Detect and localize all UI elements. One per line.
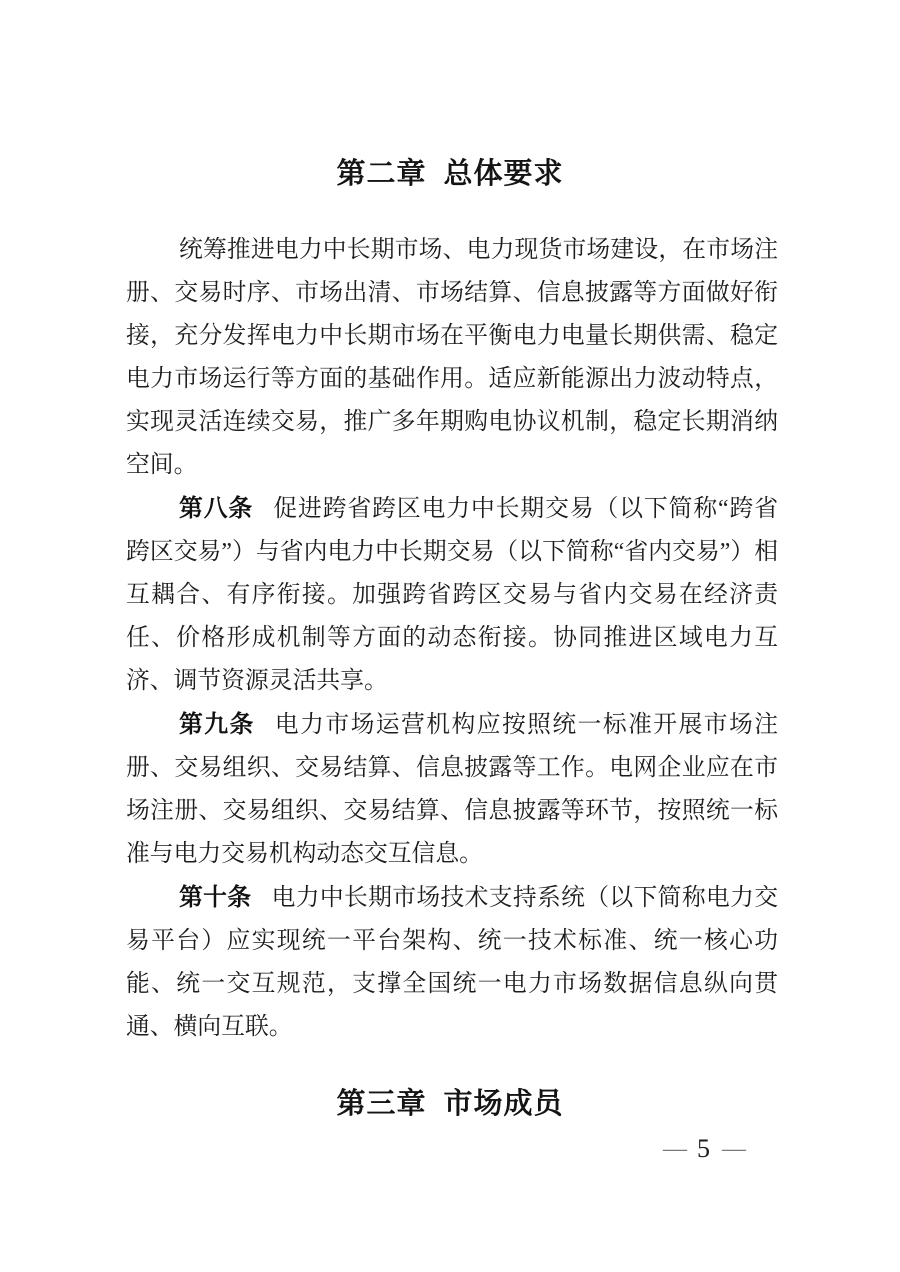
paragraph-article-8: 第八条促进跨省跨区电力中长期交易（以下简称“跨省跨区交易”）与省内电力中长期交易… <box>126 487 778 703</box>
paragraph-article-9: 第九条电力市场运营机构应按照统一标准开展市场注册、交易组织、交易结算、信息披露等… <box>126 703 778 876</box>
paragraph-intro: 统筹推进电力中长期市场、电力现货市场建设，在市场注册、交易时序、市场出清、市场结… <box>126 229 778 487</box>
article-10-number: 第十条 <box>179 884 251 911</box>
page-number-dash-right: — <box>722 1133 744 1165</box>
page-number-dash-left: — <box>663 1133 685 1165</box>
article-8-number: 第八条 <box>179 495 253 522</box>
article-9-number: 第九条 <box>179 711 255 738</box>
chapter-2-heading: 第二章 总体要求 <box>0 151 900 192</box>
page-number: — 5 — <box>663 1133 744 1165</box>
paragraph-text: 促进跨省跨区电力中长期交易（以下简称“跨省跨区交易”）与省内电力中长期交易（以下… <box>126 496 778 694</box>
page-number-value: 5 <box>697 1133 710 1165</box>
paragraph-article-10: 第十条电力中长期市场技术支持系统（以下简称电力交易平台）应实现统一平台架构、统一… <box>126 876 778 1049</box>
document-body: 统筹推进电力中长期市场、电力现货市场建设，在市场注册、交易时序、市场出清、市场结… <box>126 229 778 1049</box>
document-page: 第二章 总体要求 统筹推进电力中长期市场、电力现货市场建设，在市场注册、交易时序… <box>0 0 900 1272</box>
chapter-3-heading: 第三章 市场成员 <box>0 1081 900 1122</box>
paragraph-text: 统筹推进电力中长期市场、电力现货市场建设，在市场注册、交易时序、市场出清、市场结… <box>126 237 778 478</box>
